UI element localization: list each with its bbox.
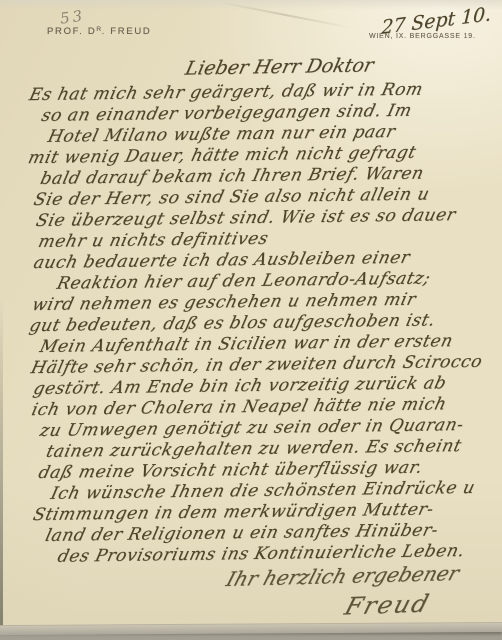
paper-bottom-edge bbox=[0, 622, 502, 635]
letter-body: Es hat mich sehr geärgert, daß wir in Ro… bbox=[0, 79, 502, 569]
letterhead-name-part2: . FREUD bbox=[102, 26, 152, 37]
paper-crease bbox=[219, 1, 352, 29]
salutation-line: Lieber Herr Doktor bbox=[183, 54, 376, 79]
letter-paper: 53 PROF. DR. FREUD 27 Sept 10. WIEN, IX.… bbox=[0, 0, 502, 632]
signature-freud: Freud bbox=[341, 590, 433, 621]
closing-line: Ihr herzlich ergebener bbox=[223, 561, 462, 591]
scanned-letter-page: { "annotations": { "pencil_page_number":… bbox=[0, 0, 502, 640]
letterhead-name-part1: PROF. D bbox=[47, 26, 96, 37]
pencil-page-number: 53 bbox=[59, 6, 86, 27]
scan-edge-left bbox=[0, 296, 3, 626]
letterhead-address: WIEN, IX. BERGGASSE 19. bbox=[369, 33, 476, 40]
letterhead-name: PROF. DR. FREUD bbox=[47, 26, 152, 37]
